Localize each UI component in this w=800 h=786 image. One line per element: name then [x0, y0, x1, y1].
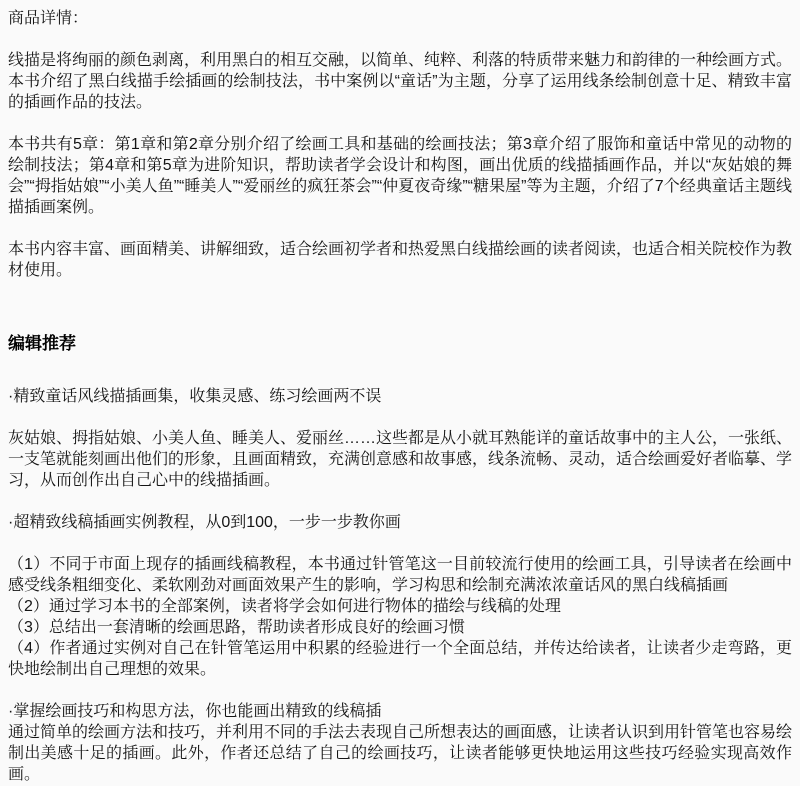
feature-item-1: （1）不同于市面上现存的插画线稿教程，本书通过针管笔这一目前较流行使用的绘画工具… [8, 554, 792, 596]
audience-paragraph: 本书内容丰富、画面精美、讲解细致，适合绘画初学者和热爱黑白线描绘画的读者阅读，也… [8, 239, 792, 281]
feature-item-2: （2）通过学习本书的全部案例，读者将学会如何进行物体的描绘与线稿的处理 [8, 596, 792, 617]
product-details-heading: 商品详情： [8, 8, 792, 29]
characters-paragraph: 灰姑娘、拇指姑娘、小美人鱼、睡美人、爱丽丝……这些都是从小就耳熟能详的童话故事中… [8, 428, 792, 491]
editor-recommendation-heading: 编辑推荐 [8, 333, 792, 354]
feature-item-3: （3）总结出一套清晰的绘画思路，帮助读者形成良好的绘画习惯 [8, 617, 792, 638]
chapters-paragraph: 本书共有5章：第1章和第2章分别介绍了绘画工具和基础的绘画技法；第3章介绍了服饰… [8, 134, 792, 218]
intro-paragraph: 线描是将绚丽的颜色剥离，利用黑白的相互交融，以简单、纯粹、利落的特质带来魅力和韵… [8, 50, 792, 113]
product-description-page: 商品详情： 线描是将绚丽的颜色剥离，利用黑白的相互交融，以简单、纯粹、利落的特质… [0, 0, 800, 785]
feature-list: （1）不同于市面上现存的插画线稿教程，本书通过针管笔这一目前较流行使用的绘画工具… [8, 554, 792, 680]
feature-item-4: （4）作者通过实例对自己在针管笔运用中积累的经验进行一个全面总结，并传达给读者，… [8, 638, 792, 680]
skills-paragraph: 通过简单的绘画方法和技巧，并利用不同的手法去表现自己所想表达的画面感，让读者认识… [8, 722, 792, 785]
bullet-tutorial: ·超精致线稿插画实例教程，从0到100，一步一步教你画 [8, 512, 792, 533]
bullet-collection: ·精致童话风线描插画集，收集灵感、练习绘画两不误 [8, 386, 792, 407]
bullet-skills: ·掌握绘画技巧和构思方法，你也能画出精致的线稿插 [8, 701, 792, 722]
